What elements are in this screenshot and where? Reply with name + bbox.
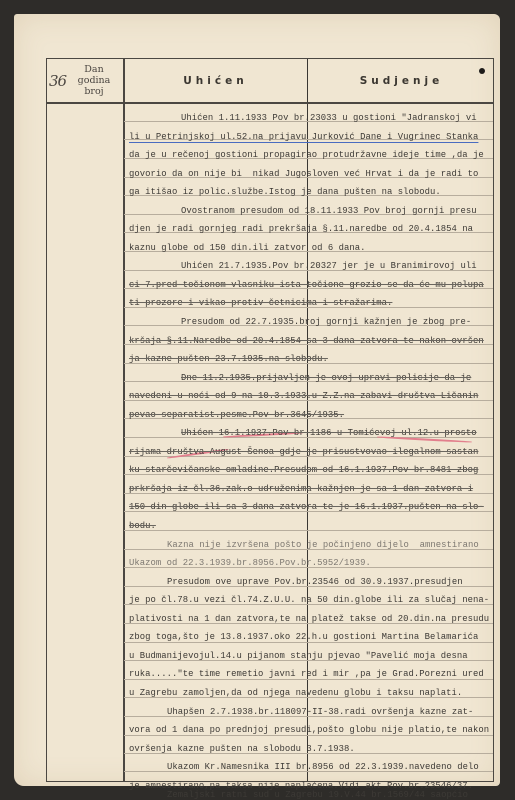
text-line: Ukazom od 22.3.1939.br.8956.Pov.br.5952/… <box>129 554 493 573</box>
header-godina: godina <box>78 75 111 86</box>
header-sudjenje: Sudjenje <box>308 59 495 102</box>
text-line: rijama društva August Šenoa gdje je pris… <box>129 443 493 462</box>
text-line: govorio da on nije bi nikad Jugosloven v… <box>129 165 493 184</box>
record-number: 36 <box>49 72 66 90</box>
text-line: je po čl.78.u vezi čl.74.Z.U.U. na 50 di… <box>129 591 493 610</box>
header-date-column: Dan godina broj <box>65 59 123 102</box>
text-line: 150 din globe ili sa 3 dana zatvora te j… <box>129 498 493 517</box>
text-line: Kazna nije izvršena pošto je počinjeno d… <box>129 536 493 555</box>
text-line: vora od 1 dana po prednjoj presudi,pošto… <box>129 721 493 740</box>
column-divider-1 <box>123 59 125 781</box>
record-text: Uhićen 1.11.1933 Pov br.23033 u gostioni… <box>129 109 493 800</box>
text-line: ti prozore i vikao protiv četnicima i st… <box>129 294 493 313</box>
text-line: da je u rečenoj gostioni propagirao prot… <box>129 146 493 165</box>
text-line: ku starčevičanske omladine.Presudom od 1… <box>129 461 493 480</box>
text-line: ci 7.pred točionom vlasniku ista točione… <box>129 276 493 295</box>
text-line: Presudom ove uprave Pov.br.23546 od 30.9… <box>129 573 493 592</box>
text-line: Ovostranom presudom od 18.11.1933 Pov br… <box>129 202 493 221</box>
record-table: 36 Dan godina broj Uhićen Sudjenje <box>46 58 494 782</box>
text-line: bodu. <box>129 517 493 536</box>
text-line: kaznu globe od 150 din.ili zatvor od 6 d… <box>129 239 493 258</box>
text-line: ruka....."te time remetio javni red i mi… <box>129 665 493 684</box>
text-line: u Budmanijevojul.14.u pijanom stanju pje… <box>129 647 493 666</box>
punch-hole-dot <box>479 68 485 74</box>
header-divider <box>47 102 493 104</box>
text-line: Ukazom Kr.Namesnika III br.8956 od 22.3.… <box>129 758 493 777</box>
text-line: pevao separatist.pesme.Pov br.3645/1935. <box>129 406 493 425</box>
text-line: Presudom od 22.7.1935.broj gornji kažnje… <box>129 313 493 332</box>
text-line: ja kazne pušten 23.7.1935.na slobodu. <box>129 350 493 369</box>
text-line: Uhićen 1.11.1933 Pov br.23033 u gostioni… <box>129 109 493 128</box>
text-line: Uhapšen 2.7.1938.br.118097-II-38.radi ov… <box>129 703 493 722</box>
text-line: kršaja §.11.Naredbe od 20.4.1854 sa 3 da… <box>129 332 493 351</box>
text-line: Uhićen 16.1.1937.Pov br.1186 u Tomićevoj… <box>129 424 493 443</box>
text-line: prkršaja iz čl.36.zak.o udruženima kažnj… <box>129 480 493 499</box>
header-broj: broj <box>84 86 103 97</box>
text-line: Uhićen 21.7.1935.Pov br.20327 jer je u B… <box>129 257 493 276</box>
text-line: navedeni u noći od 9 na 10.3.1933.u Z.Z.… <box>129 387 493 406</box>
header-dan: Dan <box>84 64 103 75</box>
text-line: plativosti na 1 dan zatvora,te na platež… <box>129 610 493 629</box>
text-line: ovršenja kazne pušten na slobodu 3.7.193… <box>129 740 493 759</box>
header-uhicen: Uhićen <box>124 59 307 102</box>
text-line: Dne 11.2.1935.prijavljen je ovoj upravi … <box>129 369 493 388</box>
text-line: u Zagrebu zamoljen,da od njega navedenu … <box>129 684 493 703</box>
text-line: li u Petrinjskoj ul.52.na prijavu Jurkov… <box>129 128 493 147</box>
text-line: ga itišao iz polic.službe.Istog je dana … <box>129 183 493 202</box>
text-line: Zemaljski ratni sud u Zagrebu 19.V.44 br… <box>129 789 493 800</box>
text-line: zbog toga,što je 13.8.1937.oko 22.h.u go… <box>129 628 493 647</box>
text-line: djen je radi gornjeg radi prekršaja §.11… <box>129 220 493 239</box>
document-page: 36 Dan godina broj Uhićen Sudjenje <box>14 14 500 786</box>
